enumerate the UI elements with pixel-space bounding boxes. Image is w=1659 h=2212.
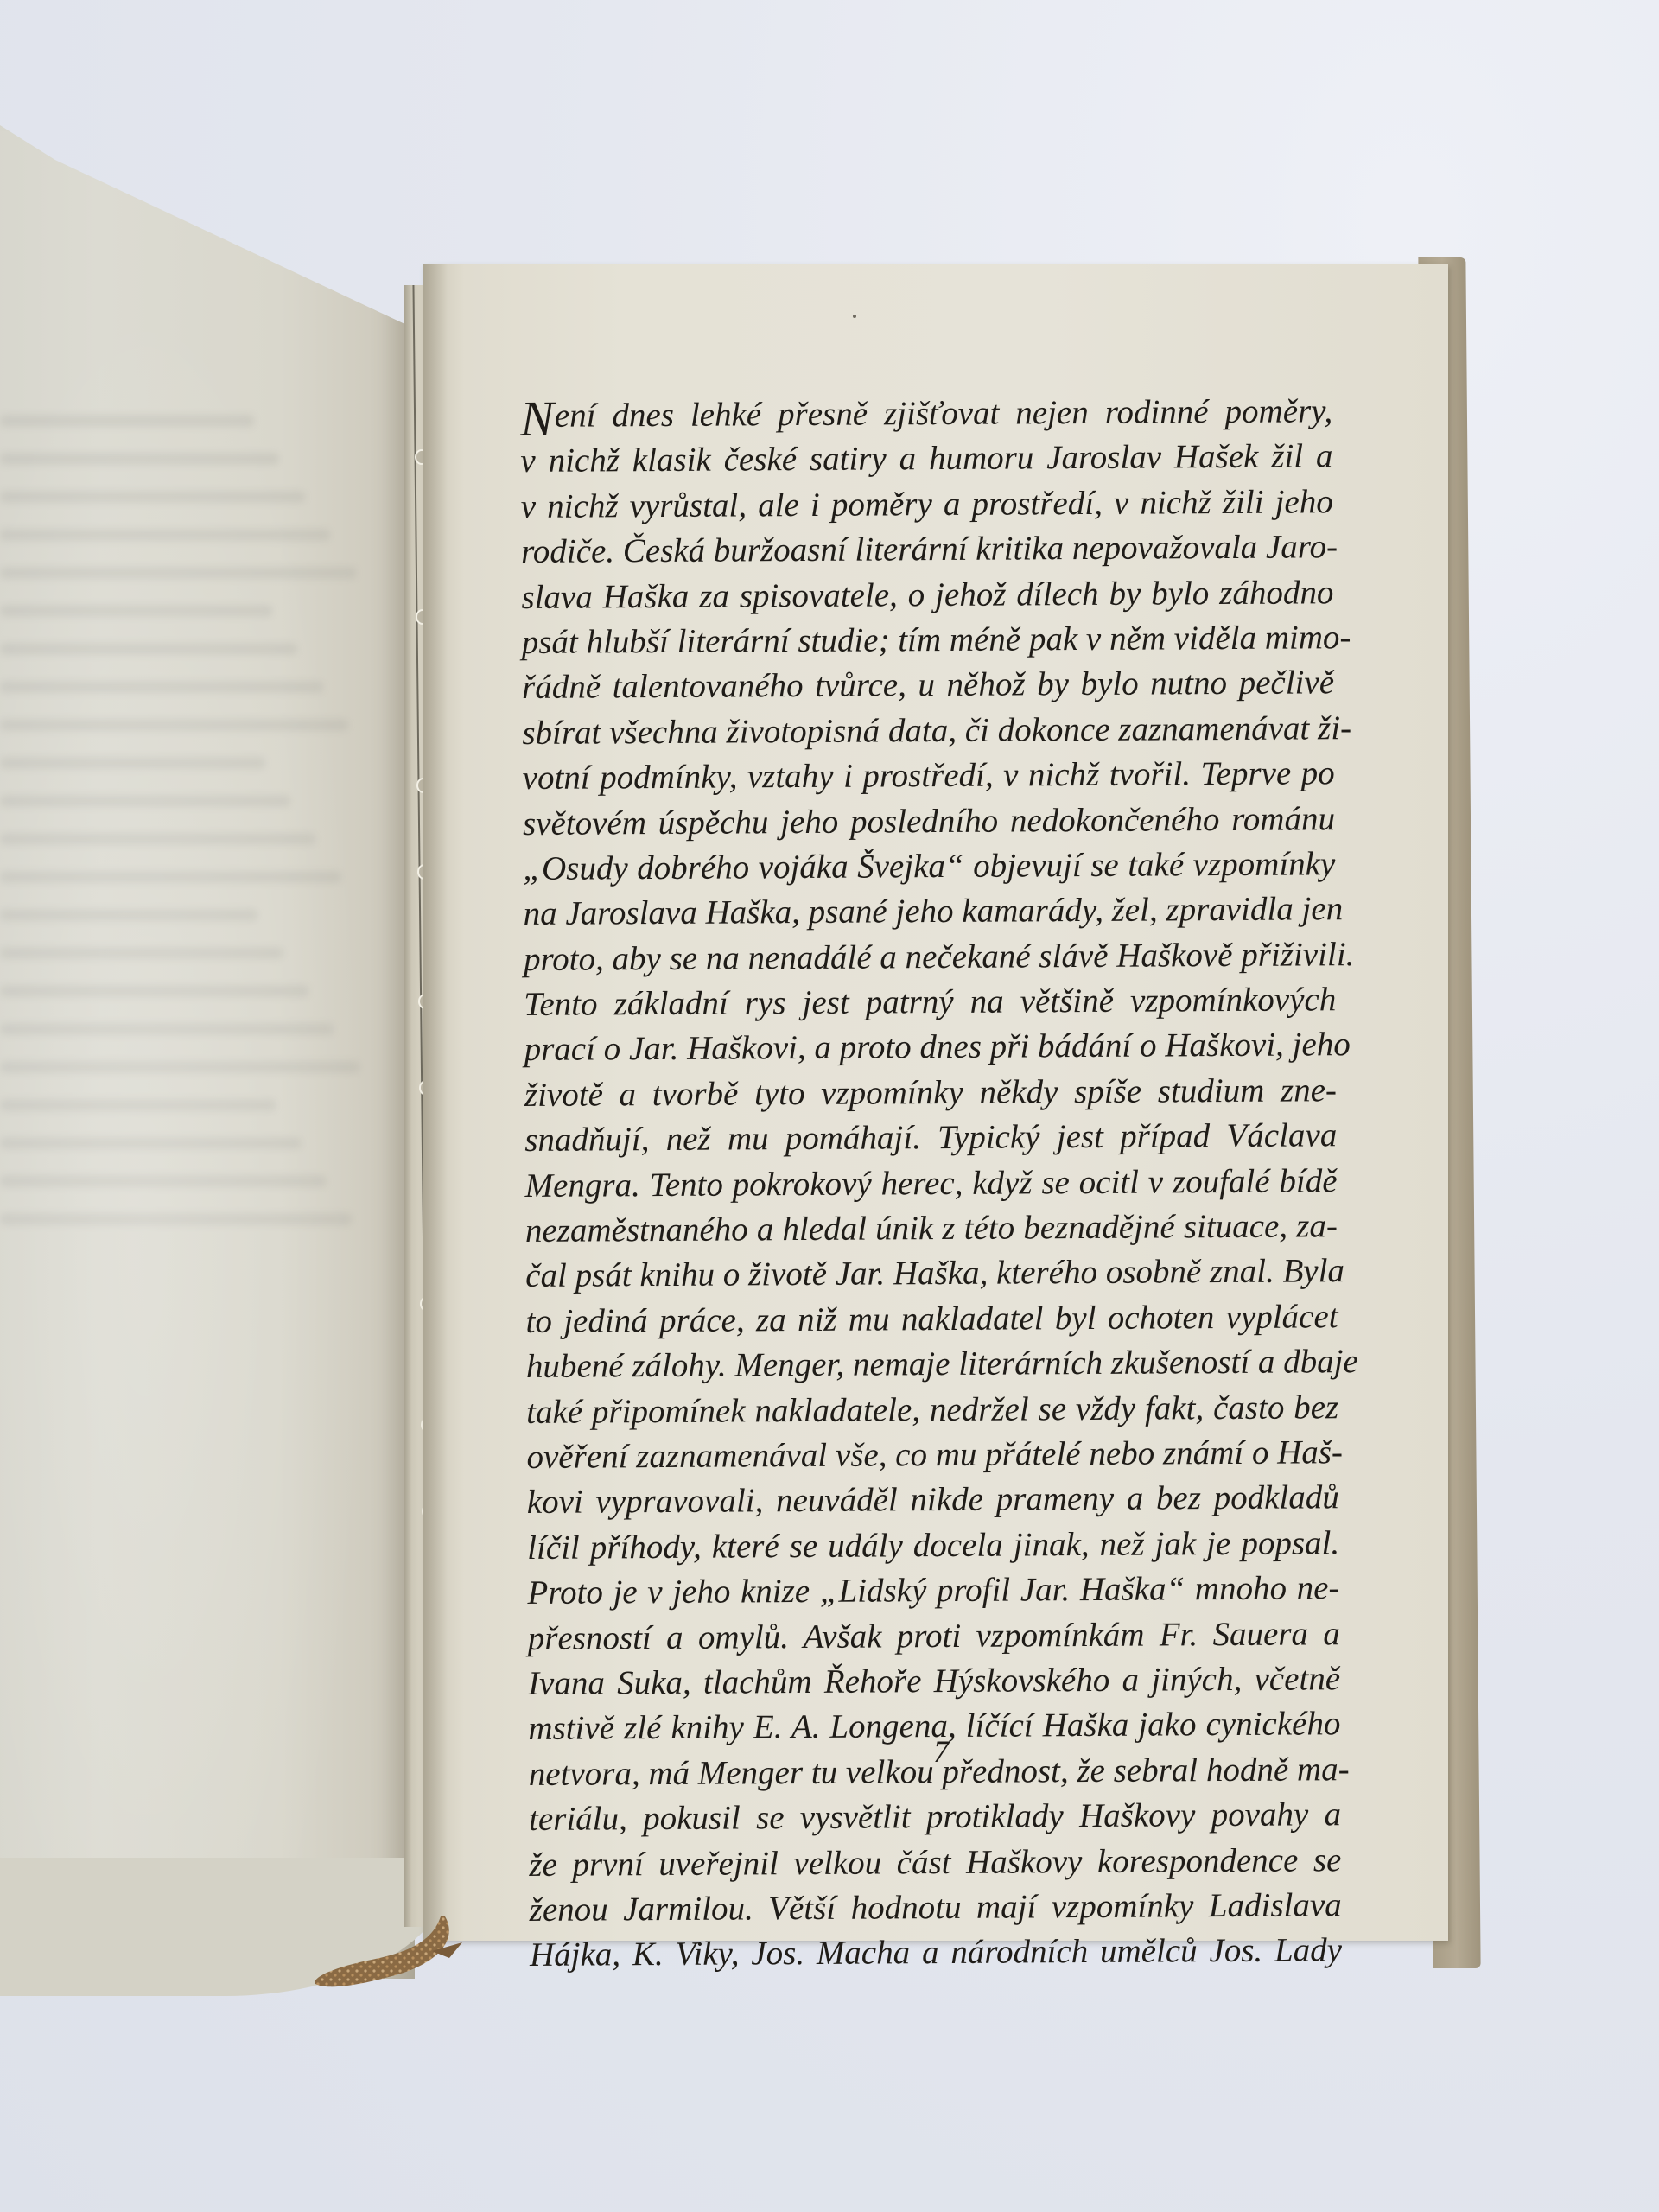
- right-page: Není dnes lehké přesně zjišťovat nejen r…: [423, 264, 1448, 1941]
- text-line: v nichž vyrůstal, ale i poměry a prostře…: [521, 480, 1333, 530]
- text-line: přesností a omylů. Avšak proti vzpomínká…: [528, 1611, 1340, 1662]
- text-line: čal psát knihu o životě Jar. Haška, kter…: [525, 1249, 1338, 1300]
- text-line: to jediná práce, za niž mu nakladatel by…: [525, 1294, 1338, 1344]
- text-line: ženou Jarmilou. Větší hodnotu mají vzpom…: [530, 1883, 1342, 1933]
- ribbon-bookmark[interactable]: [311, 1916, 510, 1994]
- page-number: 7: [423, 1733, 1448, 1770]
- text-line: líčil příhody, které se udály docela jin…: [527, 1521, 1339, 1571]
- text-line: „Osudy dobrého vojáka Švejka“ objevují s…: [523, 842, 1335, 892]
- text-line: psát hlubší literární studie; tím méně p…: [522, 615, 1334, 665]
- bleed-line: [0, 491, 305, 503]
- bleed-line: [0, 453, 279, 465]
- bleed-line: [0, 529, 330, 541]
- bleed-line: [0, 681, 323, 693]
- text-line: Ivana Suka, tlachům Řehoře Hýskovského a…: [528, 1656, 1340, 1707]
- text-line: nezaměstnaného a hledal únik z této bezn…: [525, 1204, 1338, 1254]
- text-line: rodiče. Česká buržoasní literární kritik…: [521, 524, 1333, 575]
- bleed-line: [0, 909, 257, 921]
- bleed-line: [0, 719, 348, 731]
- page-mark-dot: [853, 315, 856, 318]
- bleed-line: [0, 1023, 334, 1035]
- bleed-line: [0, 757, 265, 769]
- bleed-line: [0, 1175, 327, 1187]
- bleed-line: [0, 1137, 302, 1149]
- bleed-line: [0, 415, 254, 427]
- text-line: sbírat všechna životopisná data, či doko…: [522, 706, 1334, 756]
- bleed-line: [0, 643, 297, 655]
- text-line: Mengra. Tento pokrokový herec, když se o…: [524, 1159, 1337, 1209]
- text-line: kovi vypravovali, neuváděl nikde prameny…: [527, 1476, 1339, 1526]
- left-page: [0, 104, 415, 1979]
- text-line: že první uveřejnil velkou část Haškovy k…: [529, 1838, 1341, 1888]
- text-line: proto, aby se na nenadálé a nečekané slá…: [524, 932, 1336, 982]
- text-line: Hájka, K. Viky, Jos. Macha a národních u…: [530, 1929, 1342, 1979]
- text-line: slava Haška za spisovatele, o jehož díle…: [521, 570, 1333, 620]
- text-line: na Jaroslava Haška, psané jeho kamarády,…: [524, 887, 1336, 938]
- text-line: snadňují, než mu pomáhají. Typický jest …: [524, 1113, 1337, 1163]
- text-line: životě a tvorbě tyto vzpomínky někdy spí…: [524, 1068, 1337, 1118]
- text-line: Tento základní rys jest patrný na většin…: [524, 977, 1336, 1027]
- bleed-line: [0, 605, 272, 617]
- bleed-line: [0, 1099, 276, 1111]
- text-line: řádně talentovaného tvůrce, u něhož by b…: [522, 661, 1334, 711]
- text-line: ověření zaznamenával vše, co mu přátelé …: [526, 1430, 1338, 1480]
- text-line: teriálu, pokusil se vysvětlit protiklady…: [529, 1792, 1341, 1842]
- bleed-line: [0, 833, 315, 845]
- bleed-line: [0, 947, 283, 959]
- bleed-line: [0, 795, 290, 807]
- text-line: také připomínek nakladatele, nedržel se …: [526, 1385, 1338, 1435]
- text-line: Není dnes lehké přesně zjišťovat nejen r…: [520, 389, 1332, 439]
- bleed-line: [0, 567, 356, 579]
- bleed-line: [0, 1213, 352, 1225]
- text-line: votní podmínky, vztahy i prostředí, v ni…: [523, 751, 1335, 801]
- bleed-line: [0, 871, 341, 883]
- bleed-line: [0, 985, 308, 997]
- text-line: Proto je v jeho knize „Lidský profil Jar…: [527, 1566, 1339, 1616]
- text-line: prací o Jar. Haškovi, a proto dnes při b…: [524, 1023, 1336, 1073]
- text-line: hubené zálohy. Menger, nemaje literárníc…: [526, 1339, 1338, 1389]
- bleed-line: [0, 1061, 359, 1073]
- bleed-through-text: [0, 415, 363, 1251]
- text-line: světovém úspěchu jeho posledního nedokon…: [523, 797, 1335, 847]
- text-line: v nichž klasik české satiry a humoru Jar…: [520, 435, 1332, 485]
